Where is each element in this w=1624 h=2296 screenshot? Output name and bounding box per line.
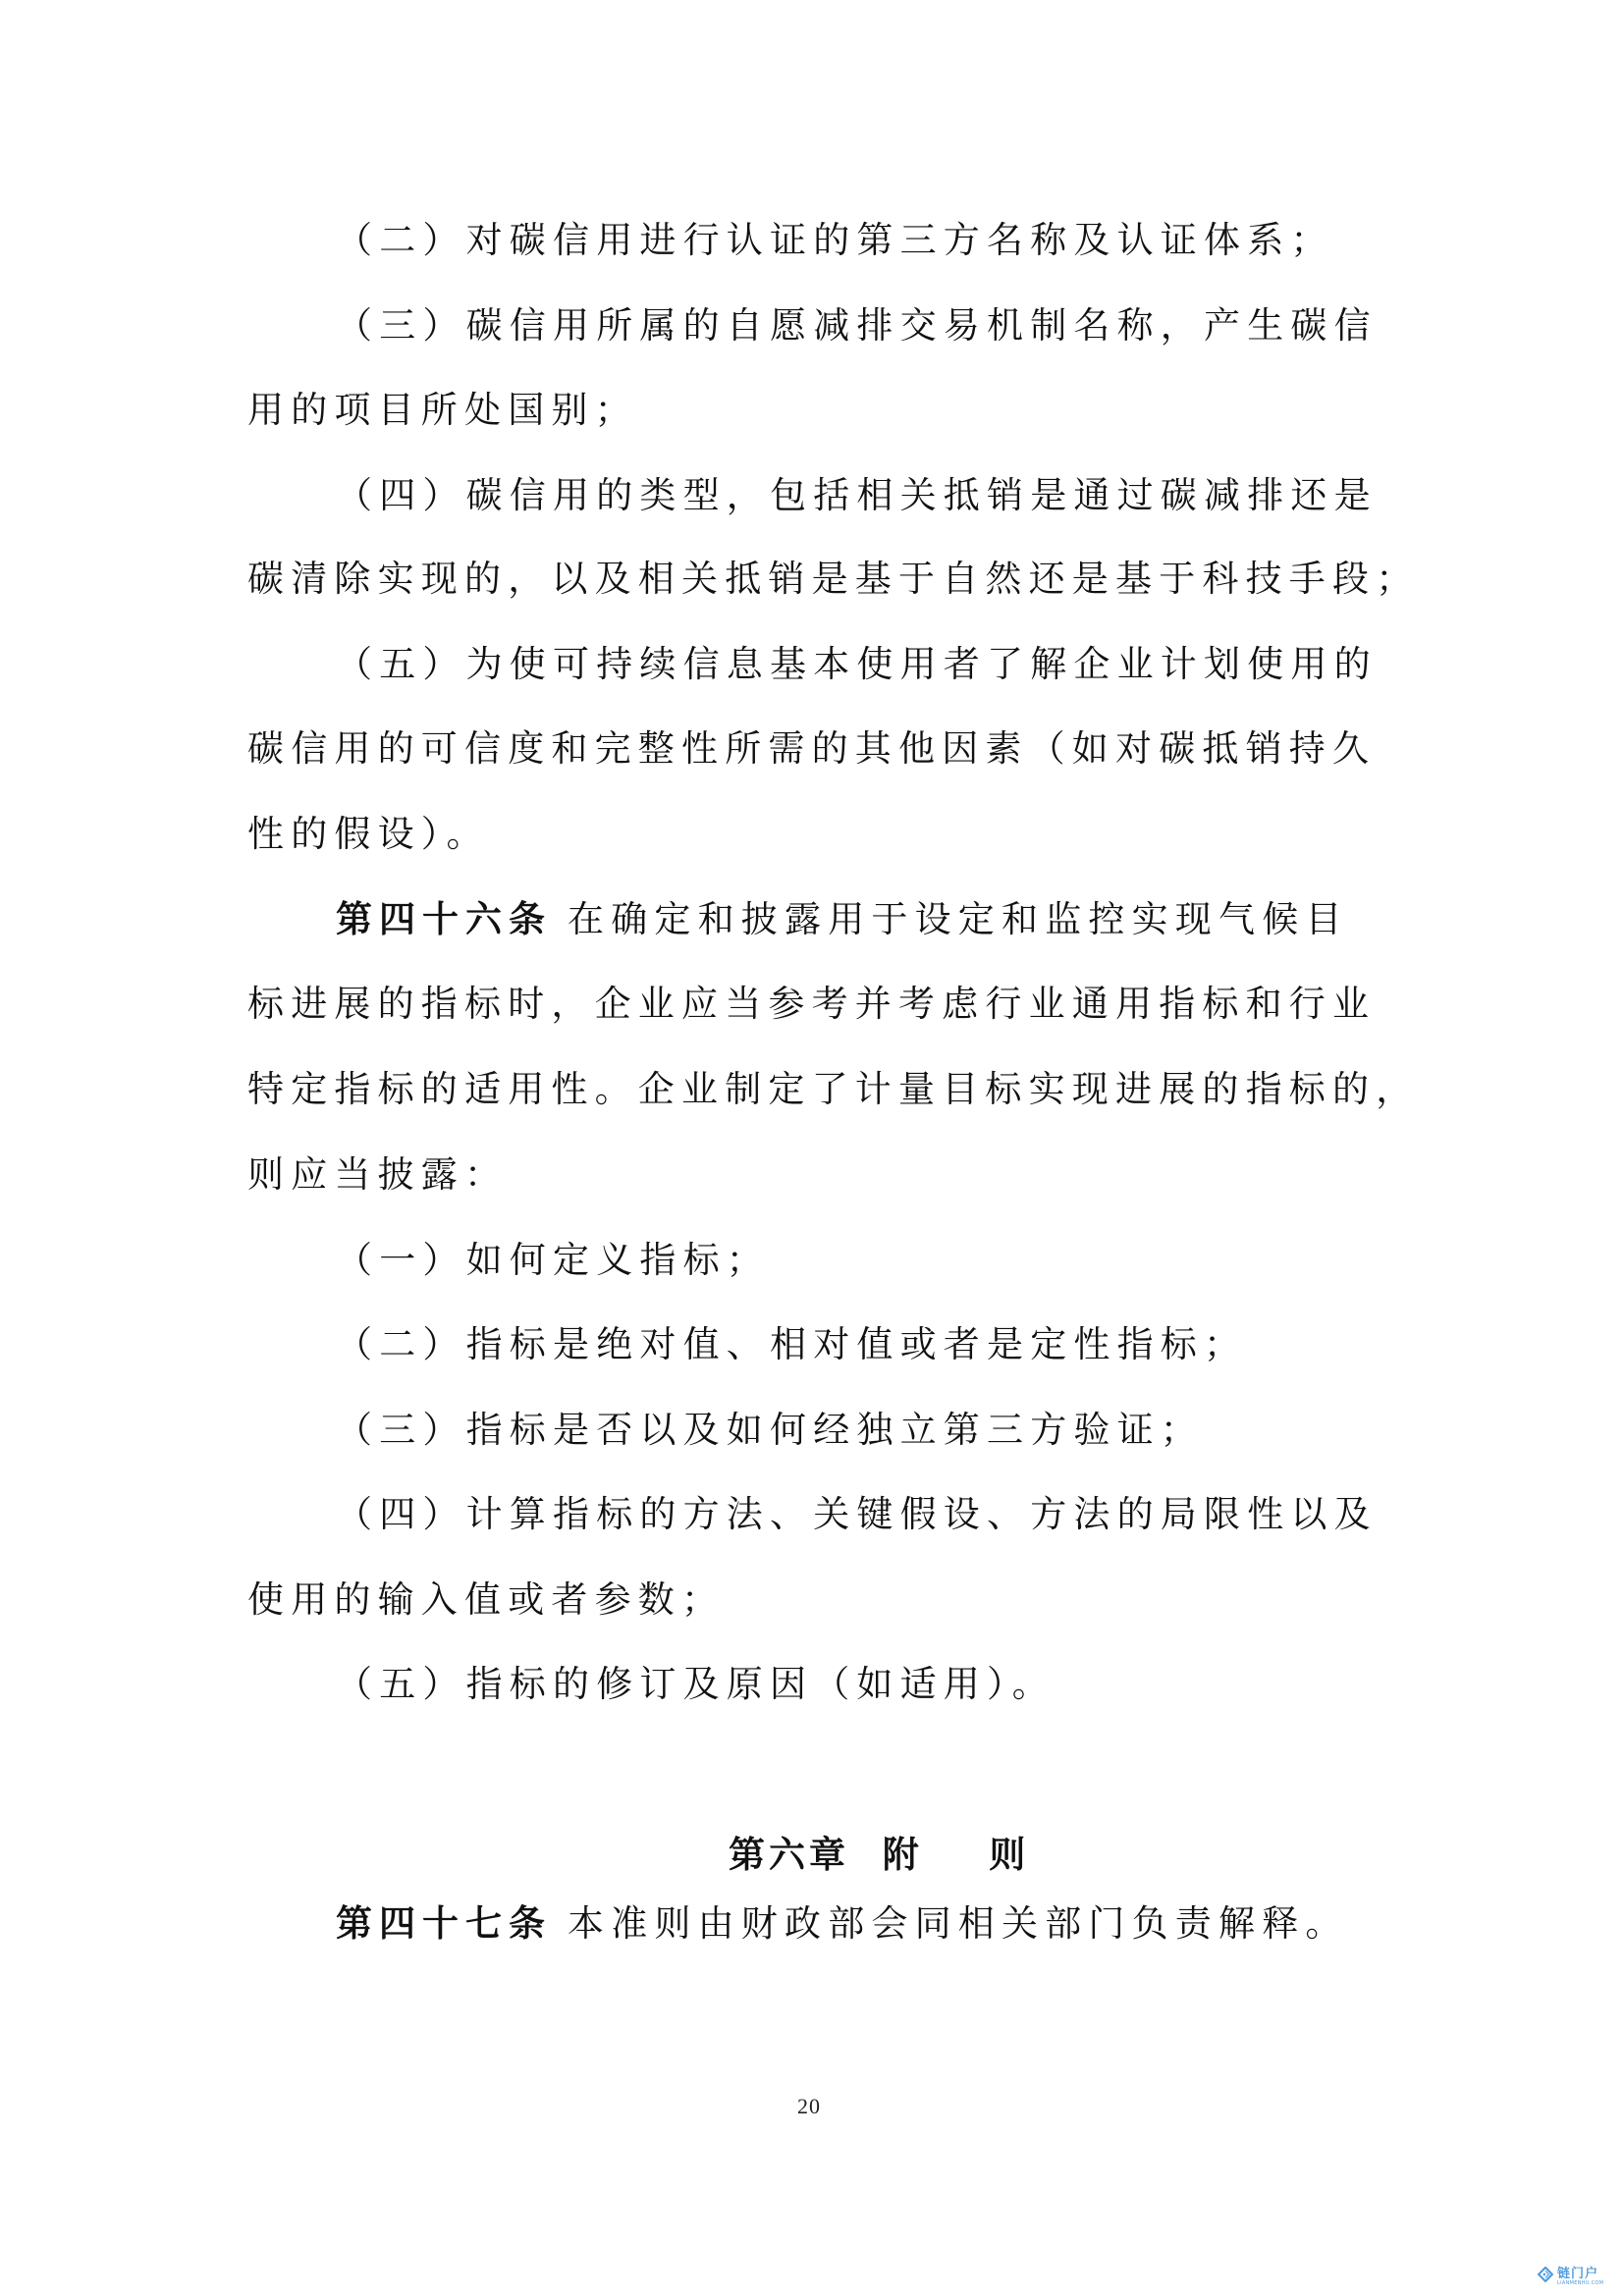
article-47-paragraph: 第四十七条本准则由财政部会同相关部门负责解释。: [336, 1895, 1349, 1953]
list-item-continuation: 使用的输入值或者参数；: [247, 1571, 725, 1629]
watermark-logo: 链门户 LIANMENHU.COM: [1538, 2267, 1603, 2286]
list-item-continuation: 碳清除实现的，以及相关抵销是基于自然还是基于科技手段；: [247, 550, 1419, 609]
list-item: （一）如何定义指标；: [336, 1231, 770, 1290]
paragraph-line: 则应当披露：: [247, 1146, 508, 1204]
list-item: （二）指标是绝对值、相对值或者是定性指标；: [336, 1315, 1247, 1374]
article-47-heading: 第四十七条: [336, 1902, 552, 1945]
list-item: （五）为使可持续信息基本使用者了解企业计划使用的: [336, 635, 1378, 694]
watermark-name-cn: 链门户: [1557, 2268, 1603, 2280]
list-item: （四）计算指标的方法、关键假设、方法的局限性以及: [336, 1485, 1378, 1544]
watermark-name-en: LIANMENHU.COM: [1557, 2281, 1603, 2286]
article-46-paragraph: 第四十六条在确定和披露用于设定和监控实现气候目: [336, 890, 1349, 949]
page-number: 20: [797, 2093, 821, 2120]
list-item: （二）对碳信用进行认证的第三方名称及认证体系；: [336, 211, 1334, 270]
list-item: （四）碳信用的类型，包括相关抵销是通过碳减排还是: [336, 466, 1378, 525]
list-item-continuation: 性的假设）。: [247, 805, 490, 864]
document-page: （二）对碳信用进行认证的第三方名称及认证体系； （三）碳信用所属的自愿减排交易机…: [0, 0, 1624, 2296]
list-item: （三）碳信用所属的自愿减排交易机制名称，产生碳信: [336, 296, 1378, 355]
paragraph-line: 特定指标的适用性。企业制定了计量目标实现进展的指标的，: [247, 1060, 1419, 1119]
article-46-heading: 第四十六条: [336, 898, 552, 940]
list-item-continuation: 用的项目所处国别；: [247, 381, 638, 440]
diamond-logo-icon: [1538, 2267, 1553, 2286]
article-46-first-line: 在确定和披露用于设定和监控实现气候目: [568, 898, 1349, 940]
list-item: （五）指标的修订及原因（如适用）。: [336, 1655, 1056, 1714]
article-47-text: 本准则由财政部会同相关部门负责解释。: [568, 1902, 1349, 1945]
list-item-continuation: 碳信用的可信度和完整性所需的其他因素（如对碳抵销持久: [247, 720, 1376, 778]
chapter-title: 第六章 附 则: [729, 1826, 1029, 1885]
paragraph-line: 标进展的指标时，企业应当参考并考虑行业通用指标和行业: [247, 975, 1376, 1034]
watermark-text: 链门户 LIANMENHU.COM: [1557, 2268, 1603, 2286]
list-item: （三）指标是否以及如何经独立第三方验证；: [336, 1401, 1204, 1460]
